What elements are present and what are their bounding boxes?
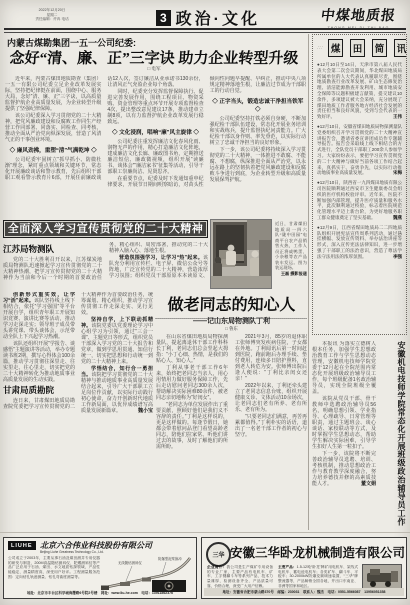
editor-line: 责任编辑：许冉 电话 bbox=[16, 17, 88, 22]
author-signoff: 魏小宝 bbox=[128, 408, 153, 414]
liuhe-intro-text: 公司成立于2003年，主要从事石油及煤田测井专用仪器的研发与制造，200M高温随… bbox=[8, 556, 100, 590]
article-paragraph: 2021年3月，85岁的退休职工张师傅突发疾病住院，子女都在外地。丁利闻讯后第一… bbox=[235, 334, 307, 382]
sanhua-products-lead: 主要产品： bbox=[278, 565, 297, 569]
article-paragraph: 该队还组织开展“学报告、谈感悟”主题演讲等活动，举办专题读书班2期，撰写心得体会… bbox=[3, 341, 75, 383]
author-signoff: 宋梅 bbox=[393, 170, 402, 176]
article-paragraph: 近年来，内蒙古煤田地质勘查（集团）一五一有限公司纪委立足企业改革发展实际，坚持把… bbox=[5, 76, 101, 112]
briefs-char: 田 bbox=[350, 39, 366, 57]
article-paragraph: 2022年以来，丁利还牵头建立了老同志信息台账，组织开展健康义诊、文体活动10余… bbox=[235, 383, 307, 413]
news-photo bbox=[210, 219, 272, 289]
masthead: 中煤地质报 ZHONG MEI DI ZHI BAO bbox=[321, 5, 396, 30]
article-paragraph: 同时，纪委充分发挥监督保障执行、促进完善发展作用，围绕工程项目、物资采购、资金管… bbox=[107, 89, 203, 125]
sanhua-headline: 安徽三华卧龙机械制造有限公司 bbox=[230, 543, 404, 561]
author-signoff: 李强 bbox=[393, 254, 402, 260]
sanhua-logo: 三华 bbox=[206, 542, 231, 567]
article-paragraph: ●12月10日，安徽省煤田地质局物探测量队党委组织召开学习贯彻党的二十大精神宣讲… bbox=[317, 124, 402, 176]
article3-body: 本报讯 为落实立德树人根本任务，加强学生思想政治教育工作与学生思想动态管理，安徽… bbox=[312, 341, 376, 530]
article-subhead: ◇ 文化浸润，唱响“廉”风主旋律 ◇ bbox=[107, 128, 203, 136]
product-photo-graphic bbox=[363, 565, 401, 590]
main-article-body: 近年来，内蒙古煤田地质勘查（集团）一五一有限公司纪委立足企业改革发展实际，坚持把… bbox=[5, 76, 306, 217]
photo-caption: 近日，甘肃煤田地质局一四六队“陇中田园”电商平台农产品销售火热，工作人员正将咸鸭… bbox=[275, 221, 307, 285]
sanhua-intro-lead: 企业简介： bbox=[207, 565, 226, 569]
briefs-title: ∴∵ 煤 田 简 讯 ∴∵ bbox=[317, 39, 402, 57]
article-paragraph: ●12月10日，陕西省一九四煤田地质有限公司医院顺利通过西安市卫生健康委员会组织… bbox=[317, 180, 402, 221]
caption-credit: 王磊 摄影报道 bbox=[275, 271, 307, 277]
article-paragraph: 公司纪委注重发挥廉洁文化春风化雨、润物无声的作用，精心打造廉洁文化阵地，建成廉洁… bbox=[107, 139, 203, 175]
article-paragraph: 在山东省煤田地质局物探测量队，提起离退休干部工作科科长丁利，老同志们总会竖起大拇… bbox=[156, 334, 228, 364]
article2-headline: 做老同志的知心人 bbox=[156, 292, 308, 319]
diagram-label-2: 防爆型泥浆脉冲 bbox=[158, 556, 182, 561]
ad-sanhua: 三华 安徽三华卧龙机械制造有限公司 企业简介：我公司是生产煤矿专用设备的专业厂家… bbox=[201, 537, 407, 599]
briefs-char: 讯 bbox=[394, 39, 407, 57]
article3-vertical-headline: 安徽机电技师学院常态化开展班级政治辅导员工作 bbox=[383, 341, 407, 530]
article2-byline: □ 鲁东 bbox=[156, 326, 307, 332]
header-rule-thick bbox=[4, 28, 406, 30]
article-paragraph: “老同志为单位发展作出了重要贡献，照顾好他们是我们义不容辞的责任。”丁利是这样说… bbox=[156, 402, 228, 450]
unit-heading: 江苏局物测队 bbox=[3, 243, 102, 255]
main-article-headline: 念好“清、廉、正”三字诀 助力企业转型升级 bbox=[3, 47, 304, 68]
article-paragraph: 该院从党员干部、骨干教师中选聘政治辅导员56名，明确思想引领、学业指导、心理疏导… bbox=[312, 396, 376, 450]
article-paragraph: 下一步，该公司纪委将持续深入学习贯彻党的二十大精神，一体推进不敢腐、不能腐、不想… bbox=[210, 147, 306, 183]
article-paragraph: 创新形式重实效，让学习“活”起来。该队坚持线上线下相结合，依托“学习强国”等平台… bbox=[3, 292, 75, 340]
article-paragraph: 学悟结合，知行合一勇担当。该院把学习贯彻党的二十大精神与推动地质事业高质量发展结… bbox=[81, 366, 153, 414]
article-paragraph: 本报讯 为落实立德树人根本任务，加强学生思想政治教育工作与学生思想动态管理，安徽… bbox=[312, 341, 376, 395]
header-rule-thin bbox=[4, 32, 406, 33]
unit-heading: 甘肃局质勘院 bbox=[3, 384, 75, 396]
briefs-deco-left: ∴∵ bbox=[317, 45, 322, 51]
article2-body: 在山东省煤田地质局物探测量队，提起离退休干部工作科科长丁利，老同志们总会竖起大拇… bbox=[156, 334, 307, 530]
date-block: 2022年12月20日 星期二 责任编辑：许冉 电话 bbox=[16, 8, 88, 22]
briefs-char: 煤 bbox=[328, 39, 344, 57]
liuhe-company-name-en: Beijing Liuhe Greatness Technology Co., … bbox=[40, 550, 104, 554]
liuhe-address: 地址：北京市丰台区科学城海鹰路6号院2号楼 网址：www.liu-he.com … bbox=[6, 591, 194, 596]
article-paragraph: 该公司纪委深入学习贯彻党的二十大精神，把党风廉政建设和反腐败工作同生产经营工作同… bbox=[5, 113, 101, 143]
author-signoff: 董文娟 bbox=[351, 481, 376, 487]
author-signoff: 魏燕 bbox=[393, 215, 402, 221]
briefs-char: 简 bbox=[372, 39, 388, 57]
masthead-name: 中煤地质报 bbox=[320, 5, 398, 25]
ads-divider-rule bbox=[0, 532, 410, 533]
main-article-byline: □ 电军 bbox=[4, 66, 304, 72]
liuhe-logo: LIUHE bbox=[8, 541, 36, 550]
article-paragraph: 下一步，该院将不断完善政治辅导员选聘、培训、考核机制，推动思想政治工作与教育教学… bbox=[312, 451, 376, 487]
article-paragraph: “只要老同志们满意，再苦再累都值得。”丁利朴实的话语，道出了一名老干部工作者的初… bbox=[235, 414, 307, 438]
caption-text: 近日，甘肃煤田地质局一四六队“陇中田园”电商平台农产品销售火热，工作人员正将咸鸭… bbox=[275, 221, 307, 270]
feature-body-lower: 创新形式重实效，让学习“活”起来。该队坚持线上线下相结合，依托“学习强国”等平台… bbox=[3, 292, 153, 530]
section-header: 3政治·文化 bbox=[108, 6, 308, 29]
section-title: 政治·文化 bbox=[176, 11, 260, 28]
newspaper-page: 2022年12月20日 星期二 责任编辑：许冉 电话 3政治·文化 中煤地质报 … bbox=[0, 0, 410, 605]
article-paragraph: 坚持自学，上下联动抓精神。该院党委以党委理论学习中心组学习为引领，通过“三会一课… bbox=[81, 317, 153, 365]
article-paragraph: ●12月9日，江西省煤田地质局二二四地质队组织开展宪法宣传周系列活动，通过悬挂横… bbox=[317, 225, 402, 260]
briefs-list: ●12月10日至14日，天津市第八届人民代表大会第二次会议期间，华北煤田地质局所… bbox=[317, 62, 402, 260]
briefs-box: ∴∵ 煤 田 简 讯 ∴∵ ●12月10日至14日，天津市第八届人民代表大会第二… bbox=[312, 34, 407, 335]
article-subhead: ◇ 正字当头，锻造忠诚干净担当铁军 ◇ bbox=[210, 97, 306, 113]
author-signoff: 王伟 bbox=[393, 114, 402, 120]
article-paragraph: 丁利从事老干部工作6年来，始终把老同志当亲人，用心用情用力做好服务保障工作，先后… bbox=[156, 365, 228, 401]
instrument-diagram: 无线随钻测斜仪 防爆型泥浆脉冲 bbox=[100, 554, 194, 592]
article-paragraph: 公司纪委坚持打铁必须自身硬，不断加强纪检干部队伍建设，常态化开展业务培训和实战练… bbox=[210, 116, 306, 146]
feature-body-upper: 江苏局物测队党的二十大胜利召开以来，江苏煤炭地质局物测队迅速掀起学习宣传贯彻党的… bbox=[3, 242, 208, 290]
ad-liuhe: LIUHE 北京六合伟业科技股份有限公司 Beijing Liuhe Great… bbox=[3, 537, 197, 599]
page-number: 3 bbox=[156, 10, 171, 26]
sanhua-product-photo bbox=[362, 564, 402, 591]
article-subhead: ◇ 廉风劲拂，重塑“清”气满乾坤 ◇ bbox=[5, 146, 101, 154]
feature-banner: 全面深入学习宣传贯彻党的二十大精神 bbox=[3, 220, 208, 238]
sanhua-address: 地址：安徽省合肥市蒙山路370号 邮编：230031 联系人：魏杰 电话：055… bbox=[204, 588, 404, 596]
photo-graphic bbox=[211, 220, 271, 288]
diagram-label-1: 无线随钻测斜仪 bbox=[118, 560, 142, 565]
article2-subtitle: ——记山东局物测队丁利 bbox=[156, 316, 307, 326]
column-divider bbox=[308, 34, 309, 530]
article-paragraph: ●12月10日至14日，天津市第八届人民代表大会第二次会议期间，华北煤田地质局所… bbox=[317, 62, 402, 120]
